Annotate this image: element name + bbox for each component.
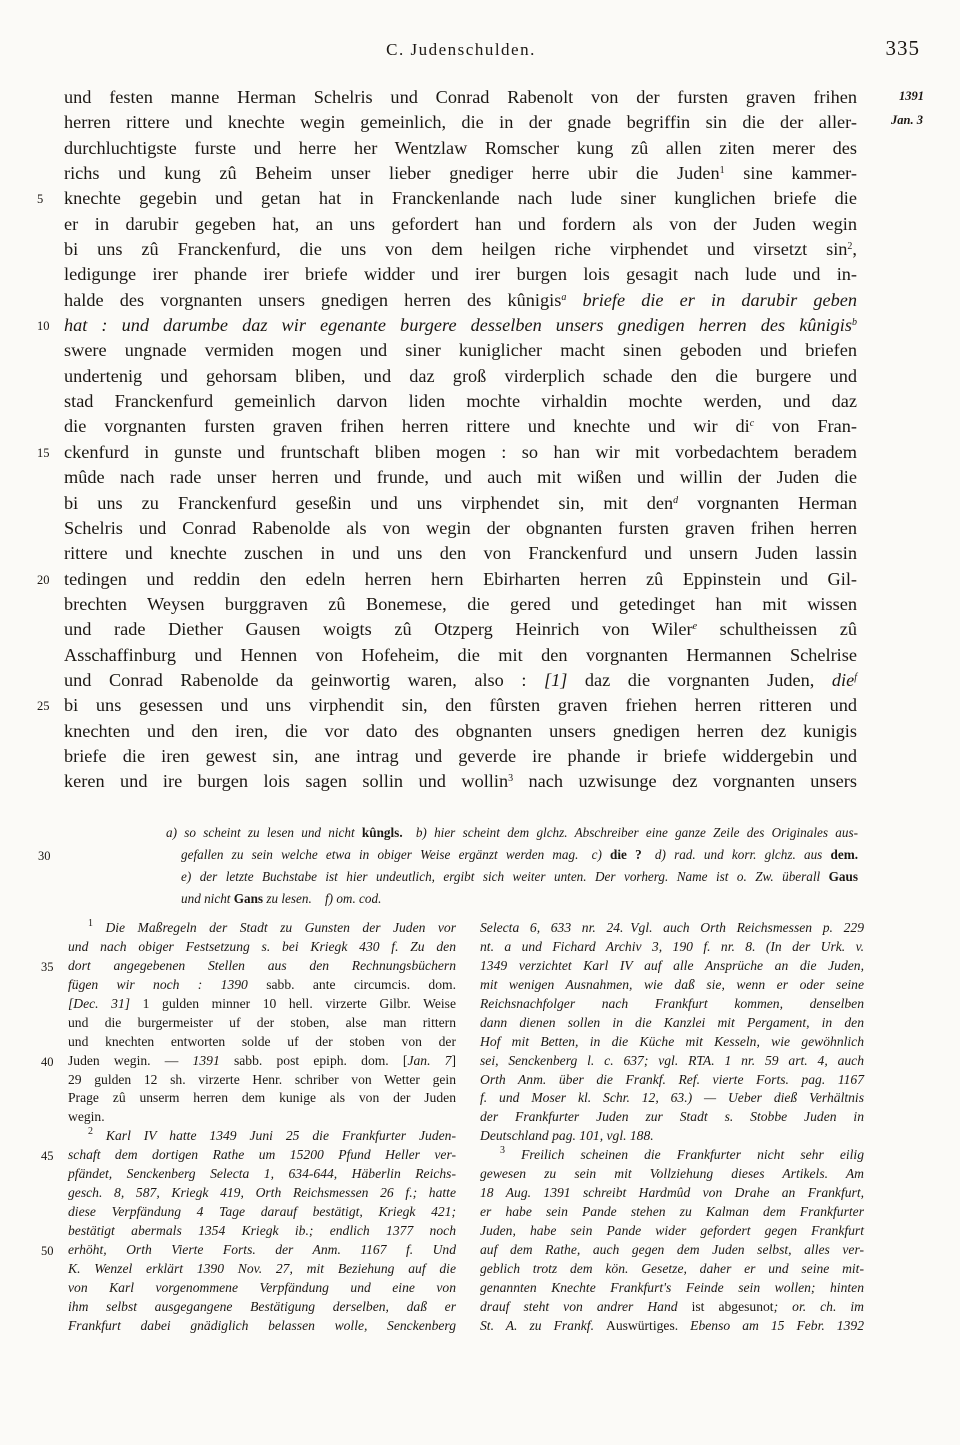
text-line: Reichsnachfolger nach Frankfurt kommen, … bbox=[480, 995, 864, 1014]
text-segment: pfändet, Senckenberg Selecta 1, 634-644,… bbox=[68, 1166, 456, 1181]
text-segment: K. Wenzel erklärt 1390 Nov. 27, mit Bezi… bbox=[68, 1261, 456, 1276]
text-segment: f. und Moser kl. Schr. 12, 63.) — Ueber … bbox=[480, 1090, 864, 1105]
text-segment: Die Maßregeln der Stadt zu Gunsten der J… bbox=[93, 920, 456, 935]
text-segment: d) rad. und korr. glchz. aus bbox=[642, 847, 831, 862]
text-segment: erhöht, Orth Vierte Forts. der Anm. 1167… bbox=[68, 1242, 456, 1257]
text-line: nt. a und Fichard Archiv 3, 190 f. nr. 8… bbox=[480, 938, 864, 957]
text-segment: sabb. ante circumcis. dom. bbox=[266, 977, 456, 992]
text-line: auf dem Rathe, auch gegen dem Juden selb… bbox=[480, 1241, 864, 1260]
text-segment: nach uzwisunge dez vorgnanten unsers bbox=[513, 771, 857, 791]
text-segment: richs und kung zû Beheim unser lieber gn… bbox=[64, 163, 720, 183]
text-segment: auf dem Rathe, auch gegen dem Juden selb… bbox=[480, 1242, 864, 1257]
text-line: mûde nach rade unser herren und frunde, … bbox=[64, 465, 857, 490]
text-segment: Juden, habe sein Pande wider gefordert g… bbox=[480, 1223, 864, 1238]
text-segment: und die burgermeister uf der stoben, als… bbox=[68, 1015, 456, 1030]
text-segment: ; or. ch. im bbox=[774, 1299, 864, 1314]
footnote-marker: b bbox=[852, 317, 857, 328]
text-line: er in darubir gegeben hat, an uns geford… bbox=[64, 212, 857, 237]
text-line: und nicht Gans zu lesen. f) om. cod. bbox=[166, 888, 858, 910]
text-line: stad Franckenfurd gemeinlich darvon lide… bbox=[64, 389, 857, 414]
text-line: e) der letzte Buchstabe ist hier undeutl… bbox=[166, 866, 858, 888]
text-line: sei, Senckenberg l. c. 637; vgl. RTA. 1 … bbox=[480, 1052, 864, 1071]
text-line: Asschaffinburg und Hennen von Hofeheim, … bbox=[64, 643, 857, 668]
text-segment: Auswürtiges. bbox=[606, 1318, 678, 1333]
text-segment: Freilich scheinen die Frankfurter nicht … bbox=[505, 1147, 864, 1162]
text-line: und die burgermeister uf der stoben, als… bbox=[68, 1014, 456, 1033]
text-segment: Hof mit Betten, in die Küche mit Kesseln… bbox=[480, 1034, 864, 1049]
text-segment: St. A. zu Frankf. bbox=[480, 1318, 606, 1333]
margin-line-number: 35 bbox=[41, 958, 63, 977]
text-segment: mit wenigen Ausnahmen, wie daß sie, wenn… bbox=[480, 977, 864, 992]
text-segment: brechten Weysen burggraven zû Bonemese, … bbox=[64, 594, 857, 614]
text-segment: von Fran- bbox=[754, 416, 857, 436]
text-line: rittere und knechte zuschen in und uns d… bbox=[64, 541, 857, 566]
text-line: und Conrad Rabenolde da geinwortig waren… bbox=[64, 668, 857, 693]
text-line: geblich trotz dem kön. Gesetze, daher er… bbox=[480, 1260, 864, 1279]
text-segment: [Dec. 31] bbox=[68, 996, 143, 1011]
text-line: durchluchtigste furste und herre her Wen… bbox=[64, 136, 857, 161]
text-segment: rittere und knechte zuschen in und uns d… bbox=[64, 543, 857, 563]
page-number: 335 bbox=[886, 36, 921, 61]
text-segment: dem. bbox=[831, 847, 858, 862]
text-segment: briefe die er in darubir geben bbox=[566, 290, 857, 310]
text-segment: dann dienen sollen in die Kanzlei mit Pe… bbox=[480, 1015, 864, 1030]
text-segment: nt. a und Fichard Archiv 3, 190 f. nr. 8… bbox=[480, 939, 864, 954]
text-segment: 1349 verzichtet Karl IV auf alle Ansprüc… bbox=[480, 958, 864, 973]
text-segment: er habe sein Pande stehen zu Kalman dem … bbox=[480, 1204, 864, 1219]
text-line: ihm selbst ausgegangene Bestätigung ders… bbox=[68, 1298, 456, 1317]
text-segment: ist abgesunot bbox=[692, 1299, 774, 1314]
text-segment: briefe die iren gewest sin, ane intrag u… bbox=[64, 746, 857, 766]
text-segment: sine kammer- bbox=[725, 163, 857, 183]
text-line: und nach obiger Festsetzung s. bei Krieg… bbox=[68, 938, 456, 957]
text-segment: schaft dem dortigen Rathe um 15200 Pfund… bbox=[68, 1147, 456, 1162]
text-line: brechten Weysen burggraven zû Bonemese, … bbox=[64, 592, 857, 617]
text-line: herren rittere und knechte wegin gemeinl… bbox=[64, 110, 857, 135]
text-segment: ihm selbst ausgegangene Bestätigung ders… bbox=[68, 1299, 456, 1314]
text-line: gesch. 8, 587, Kriegk 419, Orth Reichsme… bbox=[68, 1184, 456, 1203]
text-line: und knechten entworten solde uf der stob… bbox=[68, 1033, 456, 1052]
running-header-title: C. Judenschulden. bbox=[64, 40, 858, 60]
text-line: die vorgnanten fursten graven frihen her… bbox=[64, 414, 857, 439]
footnote-column-right: Selecta 6, 633 nr. 24. Vgl. auch Orth Re… bbox=[480, 919, 864, 1336]
text-segment: 1391 bbox=[193, 1053, 234, 1068]
text-segment: Deutschland pag. 101, vgl. 188. bbox=[480, 1128, 654, 1143]
text-line: bi uns zu Franckenfurd geseßin und uns v… bbox=[64, 491, 857, 516]
text-line: Frankfurt dabei gnädiglich belassen woll… bbox=[68, 1317, 456, 1336]
text-segment: bi uns zu Franckenfurd geseßin und uns v… bbox=[64, 493, 673, 513]
text-line: richs und kung zû Beheim unser lieber gn… bbox=[64, 161, 857, 186]
text-line: Juden, habe sein Pande wider gefordert g… bbox=[480, 1222, 864, 1241]
text-segment: Orth Anm. über die Frankf. Ref. vierte F… bbox=[480, 1072, 864, 1087]
text-segment: und rade Diether Gausen woigts zû Otzper… bbox=[64, 619, 693, 639]
text-segment: die vorgnanten fursten graven frihen her… bbox=[64, 416, 750, 436]
text-segment: gefallen zu sein welche etwa in obiger W… bbox=[181, 847, 610, 862]
margin-line-number: 25 bbox=[37, 694, 59, 719]
text-segment: er in darubir gegeben hat, an uns geford… bbox=[64, 214, 857, 234]
critical-apparatus-block: a) so scheint zu lesen und nicht kûngls.… bbox=[166, 822, 858, 910]
text-segment: halde des vorgnanten unsers gnedigen her… bbox=[64, 290, 561, 310]
text-segment: sabb. post epiph. dom. [ bbox=[234, 1053, 408, 1068]
text-segment: kûngls. bbox=[362, 825, 403, 840]
text-line: briefe die iren gewest sin, ane intrag u… bbox=[64, 744, 857, 769]
text-segment: Asschaffinburg und Hennen von Hofeheim, … bbox=[64, 645, 857, 665]
text-line: K. Wenzel erklärt 1390 Nov. 27, mit Bezi… bbox=[68, 1260, 456, 1279]
text-segment: undertenig und gehorsam bliben, und daz … bbox=[64, 366, 857, 386]
text-segment: 18 Aug. 1391 schreibt Hardmûd von Drahe … bbox=[480, 1185, 864, 1200]
text-line: Prage zû unserm herren dem kunige als vo… bbox=[68, 1089, 456, 1108]
text-line: und rade Diether Gausen woigts zû Otzper… bbox=[64, 617, 857, 642]
text-segment: und festen manne Herman Schelris und Con… bbox=[64, 87, 857, 107]
text-segment: , bbox=[852, 239, 857, 259]
text-line: 50erhöht, Orth Vierte Forts. der Anm. 11… bbox=[68, 1241, 456, 1260]
text-segment: ckenfurd in gunste und fruntschaft blibe… bbox=[64, 442, 857, 462]
text-line: 29 gulden 12 sh. virzerte Henr. schriber… bbox=[68, 1071, 456, 1090]
text-segment: wegin. bbox=[68, 1109, 105, 1124]
text-segment: bi uns gesessen und uns virphendit sin, … bbox=[64, 695, 857, 715]
text-line: Schelris und Conrad Rabenolde als von we… bbox=[64, 516, 857, 541]
text-segment: der Frankfurter Juden zur Stadt s. Stobb… bbox=[480, 1109, 864, 1124]
text-segment: dort angegebenen Stellen aus den Rechnun… bbox=[68, 958, 456, 973]
text-line: Hof mit Betten, in die Küche mit Kesseln… bbox=[480, 1033, 864, 1052]
footnote-marker: f bbox=[854, 672, 857, 683]
text-segment: Reichsnachfolger nach Frankfurt kommen, … bbox=[480, 996, 864, 1011]
text-segment: Frankfurt dabei gnädiglich belassen woll… bbox=[68, 1318, 456, 1333]
text-segment: Schelris und Conrad Rabenolde als von we… bbox=[64, 518, 857, 538]
text-line: halde des vorgnanten unsers gnedigen her… bbox=[64, 288, 857, 313]
text-line: dann dienen sollen in die Kanzlei mit Pe… bbox=[480, 1014, 864, 1033]
text-line: pfändet, Senckenberg Selecta 1, 634-644,… bbox=[68, 1165, 456, 1184]
text-line: Deutschland pag. 101, vgl. 188. bbox=[480, 1127, 864, 1146]
text-line: Orth Anm. über die Frankf. Ref. vierte F… bbox=[480, 1071, 864, 1090]
text-segment: Gans bbox=[234, 891, 263, 906]
text-line: 10hat : und darumbe daz wir egenante bur… bbox=[64, 313, 857, 338]
text-segment: hat : und darumbe daz wir egenante burge… bbox=[64, 315, 852, 335]
text-segment: a) so scheint zu lesen und nicht bbox=[166, 825, 362, 840]
footnote-column-left: 1 Die Maßregeln der Stadt zu Gunsten der… bbox=[68, 919, 456, 1336]
text-segment: mûde nach rade unser herren und frunde, … bbox=[64, 467, 857, 487]
text-segment: [1] bbox=[544, 670, 567, 690]
text-segment: drauf steht von andrer Hand bbox=[480, 1299, 692, 1314]
text-segment: Juden wegin. — bbox=[68, 1053, 193, 1068]
text-line: 35dort angegebenen Stellen aus den Rechn… bbox=[68, 957, 456, 976]
text-line: drauf steht von andrer Hand ist abgesuno… bbox=[480, 1298, 864, 1317]
margin-line-number: 15 bbox=[37, 441, 59, 466]
margin-line-number: 30 bbox=[38, 845, 60, 867]
text-segment: vorgnanten Herman bbox=[678, 493, 857, 513]
text-line: und festen manne Herman Schelris und Con… bbox=[64, 85, 857, 110]
text-line: 1 Die Maßregeln der Stadt zu Gunsten der… bbox=[68, 919, 456, 938]
text-line: 18 Aug. 1391 schreibt Hardmûd von Drahe … bbox=[480, 1184, 864, 1203]
text-line: 40Juden wegin. — 1391 sabb. post epiph. … bbox=[68, 1052, 456, 1071]
text-line: genannten Knechte Frankfurt's Feinde sei… bbox=[480, 1279, 864, 1298]
text-line: 5knechte gegebin und getan hat in Franck… bbox=[64, 186, 857, 211]
text-segment: gewesen zu sein mit Vollziehung dieses A… bbox=[480, 1166, 864, 1181]
text-segment: sei, Senckenberg l. c. 637; vgl. RTA. 1 … bbox=[480, 1053, 864, 1068]
text-segment: gesch. 8, 587, Kriegk 419, Orth Reichsme… bbox=[68, 1185, 456, 1200]
text-line: der Frankfurter Juden zur Stadt s. Stobb… bbox=[480, 1108, 864, 1127]
text-segment: Selecta 6, 633 nr. 24. Vgl. auch Orth Re… bbox=[480, 920, 864, 935]
text-line: [Dec. 31] 1 gulden minner 10 hell. virze… bbox=[68, 995, 456, 1014]
book-page-scan: { "header": { "title": "C. Judenschulden… bbox=[0, 0, 960, 1445]
margin-line-number: 10 bbox=[37, 314, 59, 339]
text-line: gewesen zu sein mit Vollziehung dieses A… bbox=[480, 1165, 864, 1184]
text-line: bi uns zû Franckenfurd, die uns von dem … bbox=[64, 237, 857, 262]
text-segment: knechte gegebin und getan hat in Francke… bbox=[64, 188, 857, 208]
text-segment: Jan. 7 bbox=[407, 1053, 451, 1068]
text-segment: fügen wir noch : 1390 bbox=[68, 977, 266, 992]
text-segment: genannten Knechte Frankfurt's Feinde sei… bbox=[480, 1280, 864, 1295]
text-segment: 29 gulden 12 sh. virzerte Henr. schriber… bbox=[68, 1072, 456, 1087]
text-segment: tedingen und reddin den edeln herren her… bbox=[64, 569, 857, 589]
text-line: knechten und den iren, die vor dato des … bbox=[64, 719, 857, 744]
text-segment: Karl IV hatte 1349 Juni 25 die Frankfurt… bbox=[93, 1128, 456, 1143]
text-segment: bestätigt abermals 1354 Kriegk ib.; endl… bbox=[68, 1223, 456, 1238]
text-segment: bi uns zû Franckenfurd, die uns von dem … bbox=[64, 239, 847, 259]
margin-line-number: 5 bbox=[37, 187, 59, 212]
text-line: 30gefallen zu sein welche etwa in obiger… bbox=[166, 844, 858, 866]
text-line: diese Verpfändung 4 Tage darauf bestätig… bbox=[68, 1203, 456, 1222]
text-segment: herren rittere und knechte wegin gemeinl… bbox=[64, 112, 857, 132]
text-segment: geblich trotz dem kön. Gesetze, daher er… bbox=[480, 1261, 864, 1276]
text-segment: von Karl vorgenommene Verpfändung und ei… bbox=[68, 1280, 456, 1295]
text-segment: die ? bbox=[610, 847, 642, 862]
text-line: ledigunge irer phande irer briefe widder… bbox=[64, 262, 857, 287]
text-segment: b) hier scheint dem glchz. Abschreiber e… bbox=[403, 825, 858, 840]
text-line: 45schaft dem dortigen Rathe um 15200 Pfu… bbox=[68, 1146, 456, 1165]
text-segment: Prage zû unserm herren dem kunige als vo… bbox=[68, 1090, 456, 1105]
text-segment: schultheissen zû bbox=[697, 619, 857, 639]
text-segment: und Conrad Rabenolde da geinwortig waren… bbox=[64, 670, 544, 690]
text-line: 2 Karl IV hatte 1349 Juni 25 die Frankfu… bbox=[68, 1127, 456, 1146]
text-line: undertenig und gehorsam bliben, und daz … bbox=[64, 364, 857, 389]
text-segment: Ebenso am 15 Febr. 1392 bbox=[678, 1318, 864, 1333]
text-segment: keren und ire burgen lois sagen sollin u… bbox=[64, 771, 508, 791]
margin-date-note: 1391 Jan. 3 bbox=[891, 84, 957, 132]
text-line: er habe sein Pande stehen zu Kalman dem … bbox=[480, 1203, 864, 1222]
main-text-block: und festen manne Herman Schelris und Con… bbox=[64, 85, 857, 795]
text-segment: ] bbox=[451, 1053, 456, 1068]
text-line: mit wenigen Ausnahmen, wie daß sie, wenn… bbox=[480, 976, 864, 995]
text-segment: stad Franckenfurd gemeinlich darvon lide… bbox=[64, 391, 857, 411]
text-line: keren und ire burgen lois sagen sollin u… bbox=[64, 769, 857, 794]
text-line: 20tedingen und reddin den edeln herren h… bbox=[64, 567, 857, 592]
text-line: Selecta 6, 633 nr. 24. Vgl. auch Orth Re… bbox=[480, 919, 864, 938]
text-segment: ledigunge irer phande irer briefe widder… bbox=[64, 264, 857, 284]
margin-date-day: Jan. 3 bbox=[891, 108, 957, 132]
text-segment: und nach obiger Festsetzung s. bei Krieg… bbox=[68, 939, 456, 954]
text-segment: zu lesen. f) om. cod. bbox=[263, 891, 381, 906]
margin-date-year: 1391 bbox=[891, 84, 957, 108]
text-segment: e) der letzte Buchstabe ist hier undeutl… bbox=[181, 869, 829, 884]
text-line: 25bi uns gesessen und uns virphendit sin… bbox=[64, 693, 857, 718]
margin-line-number: 45 bbox=[41, 1147, 63, 1166]
text-segment: swere ungnade vermiden mogen und siner k… bbox=[64, 340, 857, 360]
text-segment: knechten und den iren, die vor dato des … bbox=[64, 721, 857, 741]
margin-line-number: 50 bbox=[41, 1242, 63, 1261]
text-line: von Karl vorgenommene Verpfändung und ei… bbox=[68, 1279, 456, 1298]
text-segment: die bbox=[832, 670, 854, 690]
text-segment: durchluchtigste furste und herre her Wen… bbox=[64, 138, 857, 158]
text-line: 3 Freilich scheinen die Frankfurter nich… bbox=[480, 1146, 864, 1165]
text-segment: daz die vorgnanten Juden, bbox=[567, 670, 832, 690]
text-line: bestätigt abermals 1354 Kriegk ib.; endl… bbox=[68, 1222, 456, 1241]
text-line: swere ungnade vermiden mogen und siner k… bbox=[64, 338, 857, 363]
text-line: wegin. bbox=[68, 1108, 456, 1127]
text-line: 15ckenfurd in gunste und fruntschaft bli… bbox=[64, 440, 857, 465]
margin-line-number: 40 bbox=[41, 1053, 63, 1072]
text-segment: und knechten entworten solde uf der stob… bbox=[68, 1034, 456, 1049]
text-line: St. A. zu Frankf. Auswürtiges. Ebenso am… bbox=[480, 1317, 864, 1336]
text-line: f. und Moser kl. Schr. 12, 63.) — Ueber … bbox=[480, 1089, 864, 1108]
text-segment: und nicht bbox=[181, 891, 234, 906]
text-segment: diese Verpfändung 4 Tage darauf bestätig… bbox=[68, 1204, 456, 1219]
margin-line-number: 20 bbox=[37, 568, 59, 593]
text-line: fügen wir noch : 1390 sabb. ante circumc… bbox=[68, 976, 456, 995]
text-segment: Gaus bbox=[829, 869, 858, 884]
text-line: a) so scheint zu lesen und nicht kûngls.… bbox=[166, 822, 858, 844]
text-segment: 1 gulden minner 10 hell. virzerte Gilbr.… bbox=[143, 996, 456, 1011]
text-line: 1349 verzichtet Karl IV auf alle Ansprüc… bbox=[480, 957, 864, 976]
